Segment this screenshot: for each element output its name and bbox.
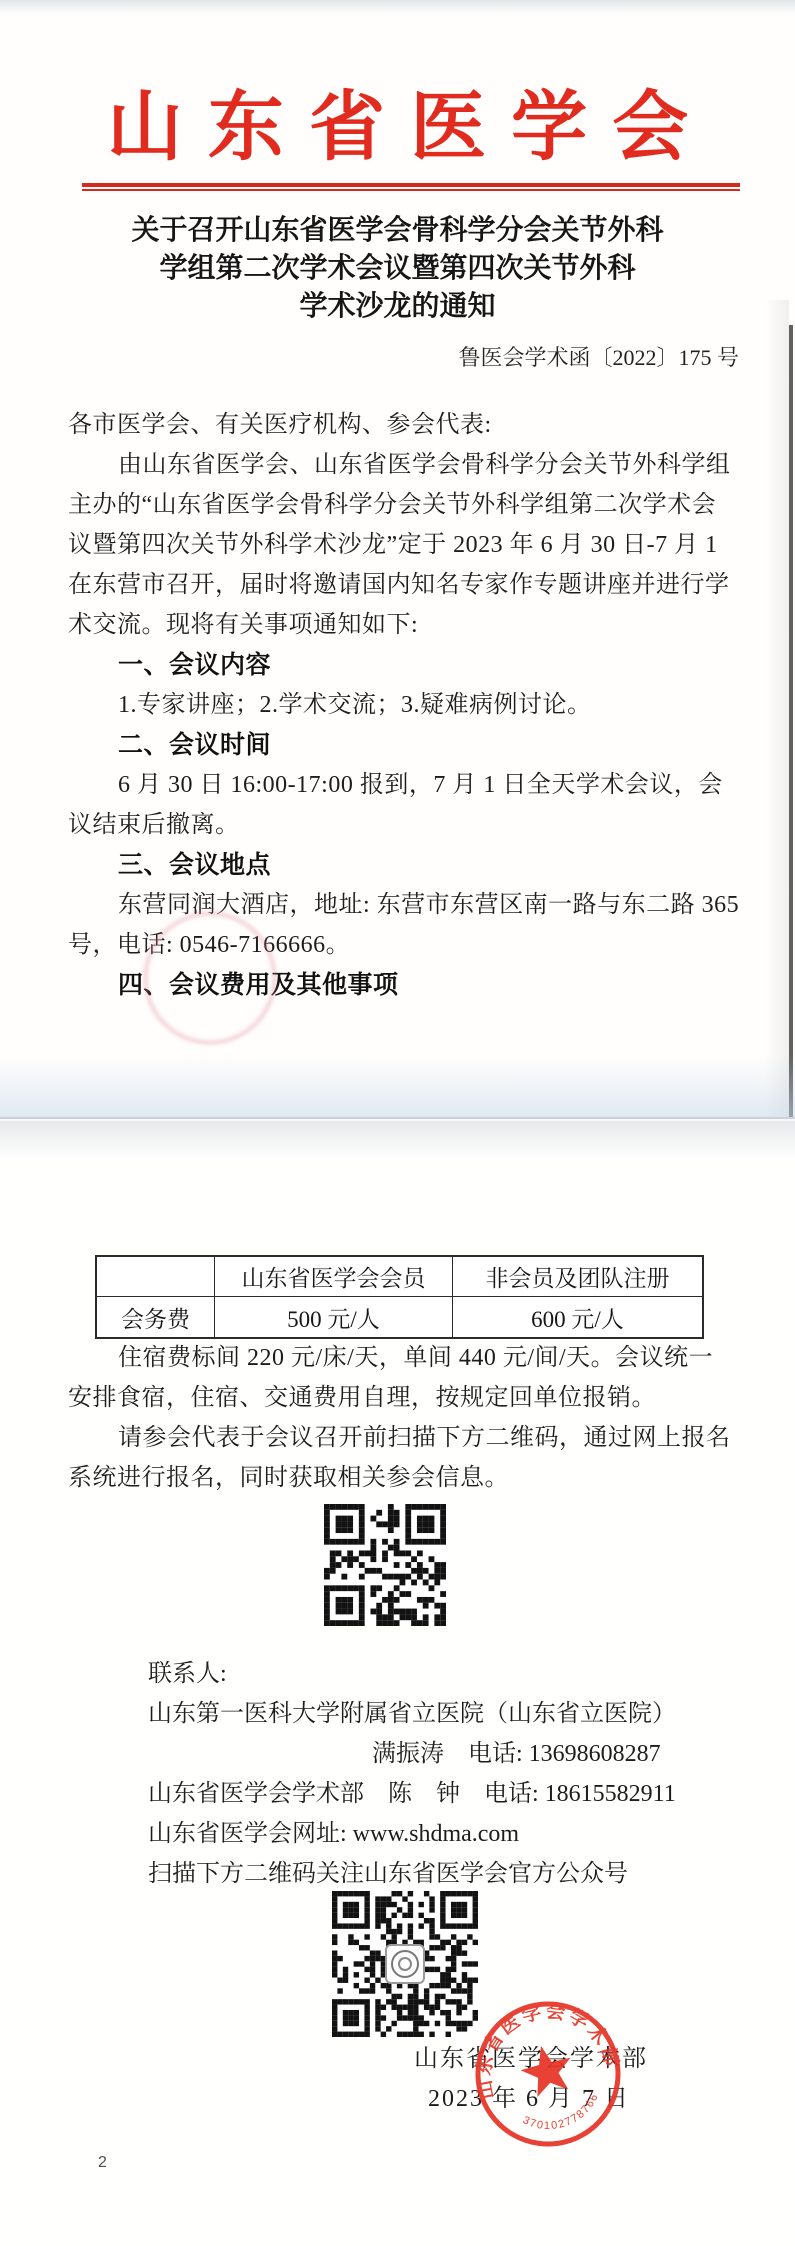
body-line: 议结束后撤离。 [68,805,740,845]
page-number: 2 [98,2154,107,2172]
body-line: 6 月 30 日 16:00-17:00 报到，7 月 1 日全天学术会议，会 [68,765,790,805]
scan-artifact-edge-shade [765,300,789,1117]
notice-title-line-3: 学术沙龙的通知 [0,288,795,324]
scan-artifact-top [0,1121,795,1161]
contact-website: 山东省医学会网址: www.shdma.com [148,1814,519,1854]
notice-title-line-1: 关于召开山东省医学会骨科学分会关节外科 [0,212,795,248]
contact-person-1: 满振涛 电话: 13698608287 [148,1734,661,1774]
qr-code-registration [324,1504,446,1626]
section-heading-3: 三、会议地点 [68,845,790,885]
letterhead-divider [82,183,740,191]
seal-star [516,2040,578,2100]
section-heading-2: 二、会议时间 [68,725,790,765]
scan-artifact-top [0,0,795,14]
fee-table: 山东省医学会会员 非会员及团队注册 会务费 500 元/人 600 元/人 [95,1255,704,1339]
letterhead-org-name: 山东省医学会 [0,86,795,170]
body-line: 住宿费标间 220 元/床/天，单间 440 元/间/天。会议统一 [68,1338,790,1378]
seal-bleed-through [143,911,277,1045]
body-line: 由山东省医学会、山东省医学会骨科学分会关节外科学组 [68,445,790,485]
fee-table-header-blank [97,1257,215,1297]
body-line: 在东营市召开，届时将邀请国内知名专家作专题讲座并进行学 [68,565,740,605]
body-line: 请参会代表于会议召开前扫描下方二维码，通过网上报名 [68,1418,790,1458]
body-line: 术交流。现将有关事项通知如下: [68,605,740,645]
contact-heading: 联系人: [148,1654,227,1694]
document-number: 鲁医会学术函〔2022〕175 号 [458,341,739,372]
page-2: 山东省医学会会员 非会员及团队注册 会务费 500 元/人 600 元/人 住宿… [0,1121,795,2246]
body-line: 系统进行报名，同时获取相关参会信息。 [68,1458,740,1498]
scanned-notice-document: 山东省医学会 关于召开山东省医学会骨科学分会关节外科 学组第二次学术会议暨第四次… [0,0,795,2246]
fee-table-row-label: 会务费 [97,1297,215,1337]
contact-person-2: 山东省医学会学术部 陈 钟 电话: 18615582911 [148,1774,676,1814]
body-line: 安排食宿，住宿、交通费用自理，按规定回单位报销。 [68,1378,740,1418]
fee-table-member-fee: 500 元/人 [215,1297,453,1337]
section-heading-1: 一、会议内容 [68,645,790,685]
scan-artifact-bottom [0,1055,795,1117]
qr-center-logo [385,1944,425,1984]
wechat-qr-label: 扫描下方二维码关注山东省医学会官方公众号 [148,1854,628,1894]
fee-table-header-member: 山东省医学会会员 [215,1257,453,1297]
qr-code-wechat-official-account [332,1891,478,2037]
body-line: 主办的“山东省医学会骨科学分会关节外科学组第二次学术会 [68,485,740,525]
fee-table-header-nonmember: 非会员及团队注册 [453,1257,702,1297]
notice-title-line-2: 学组第二次学术会议暨第四次关节外科 [0,250,795,286]
page-1: 山东省医学会 关于召开山东省医学会骨科学分会关节外科 学组第二次学术会议暨第四次… [0,0,795,1119]
body-line: 1.专家讲座；2.学术交流；3.疑难病例讨论。 [68,685,790,725]
contact-hospital: 山东第一医科大学附属省立医院（山东省立医院） [148,1694,676,1734]
fee-table-nonmember-fee: 600 元/人 [453,1297,702,1337]
body-line: 各市医学会、有关医疗机构、参会代表: [68,405,740,445]
scan-artifact-edge-line [789,325,793,1117]
official-seal: 山东省医学会学术部 3701027787660 [468,1994,628,2154]
body-line: 议暨第四次关节外科学术沙龙”定于 2023 年 6 月 30 日-7 月 1 [68,525,740,565]
